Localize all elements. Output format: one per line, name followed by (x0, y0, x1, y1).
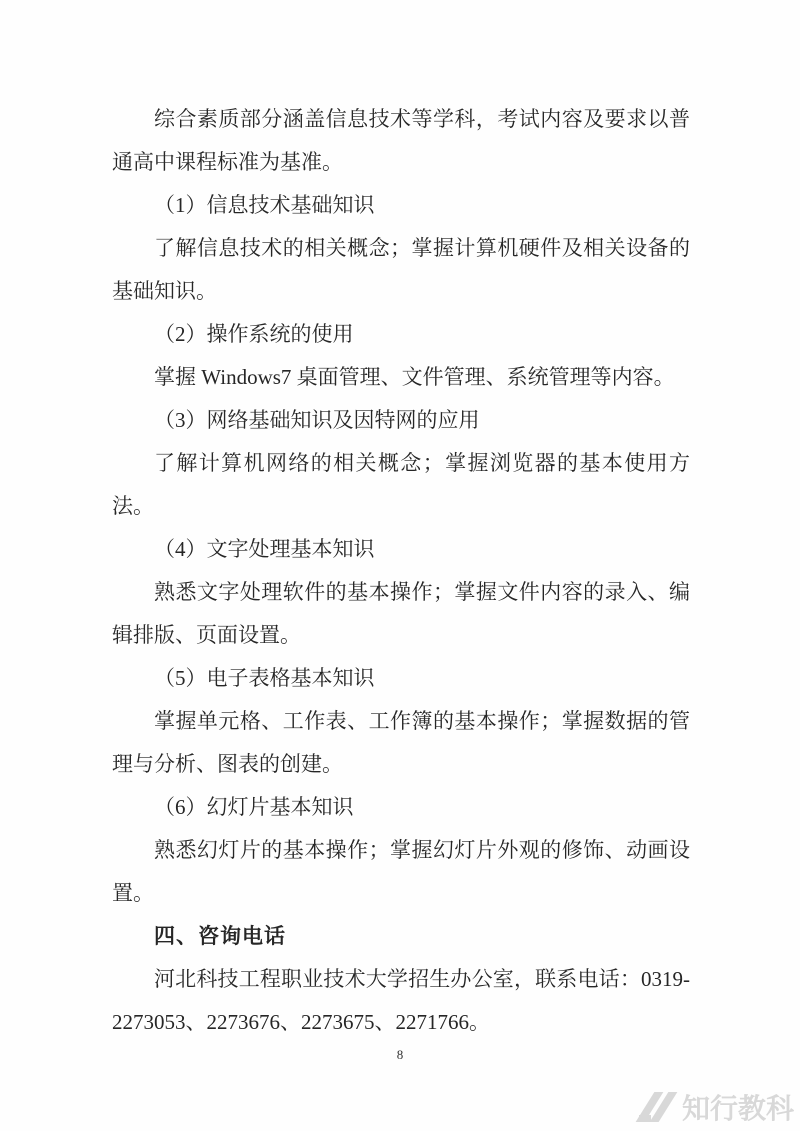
paragraph: 综合素质部分涵盖信息技术等学科，考试内容及要求以普通高中课程标准为基准。 (112, 98, 690, 184)
paragraph: 河北科技工程职业技术大学招生办公室，联系电话：0319-2273053、2273… (112, 958, 690, 1044)
document-body: 综合素质部分涵盖信息技术等学科，考试内容及要求以普通高中课程标准为基准。 （1）… (112, 98, 690, 1044)
watermark-label: 知行教科 (682, 1087, 794, 1127)
page-number: 8 (397, 1047, 404, 1062)
paragraph: 了解信息技术的相关概念；掌握计算机硬件及相关设备的基础知识。 (112, 227, 690, 313)
paragraph: 了解计算机网络的相关概念；掌握浏览器的基本使用方法。 (112, 442, 690, 528)
paragraph: （1）信息技术基础知识 (112, 184, 690, 227)
paragraph: （2）操作系统的使用 (112, 313, 690, 356)
page-footer: 8 (0, 1047, 800, 1063)
paragraph: 熟悉幻灯片的基本操作；掌握幻灯片外观的修饰、动画设置。 (112, 829, 690, 915)
paragraph: （3）网络基础知识及因特网的应用 (112, 399, 690, 442)
paragraph: （6）幻灯片基本知识 (112, 786, 690, 829)
double-slash-icon (639, 1092, 675, 1122)
paragraph: （5）电子表格基本知识 (112, 657, 690, 700)
paragraph: 掌握单元格、工作表、工作簿的基本操作；掌握数据的管理与分析、图表的创建。 (112, 700, 690, 786)
section-heading: 四、咨询电话 (112, 915, 690, 958)
watermark: 知行教科 (639, 1087, 794, 1127)
paragraph: 熟悉文字处理软件的基本操作；掌握文件内容的录入、编辑排版、页面设置。 (112, 571, 690, 657)
paragraph: 掌握 Windows7 桌面管理、文件管理、系统管理等内容。 (112, 356, 690, 399)
paragraph: （4）文字处理基本知识 (112, 528, 690, 571)
